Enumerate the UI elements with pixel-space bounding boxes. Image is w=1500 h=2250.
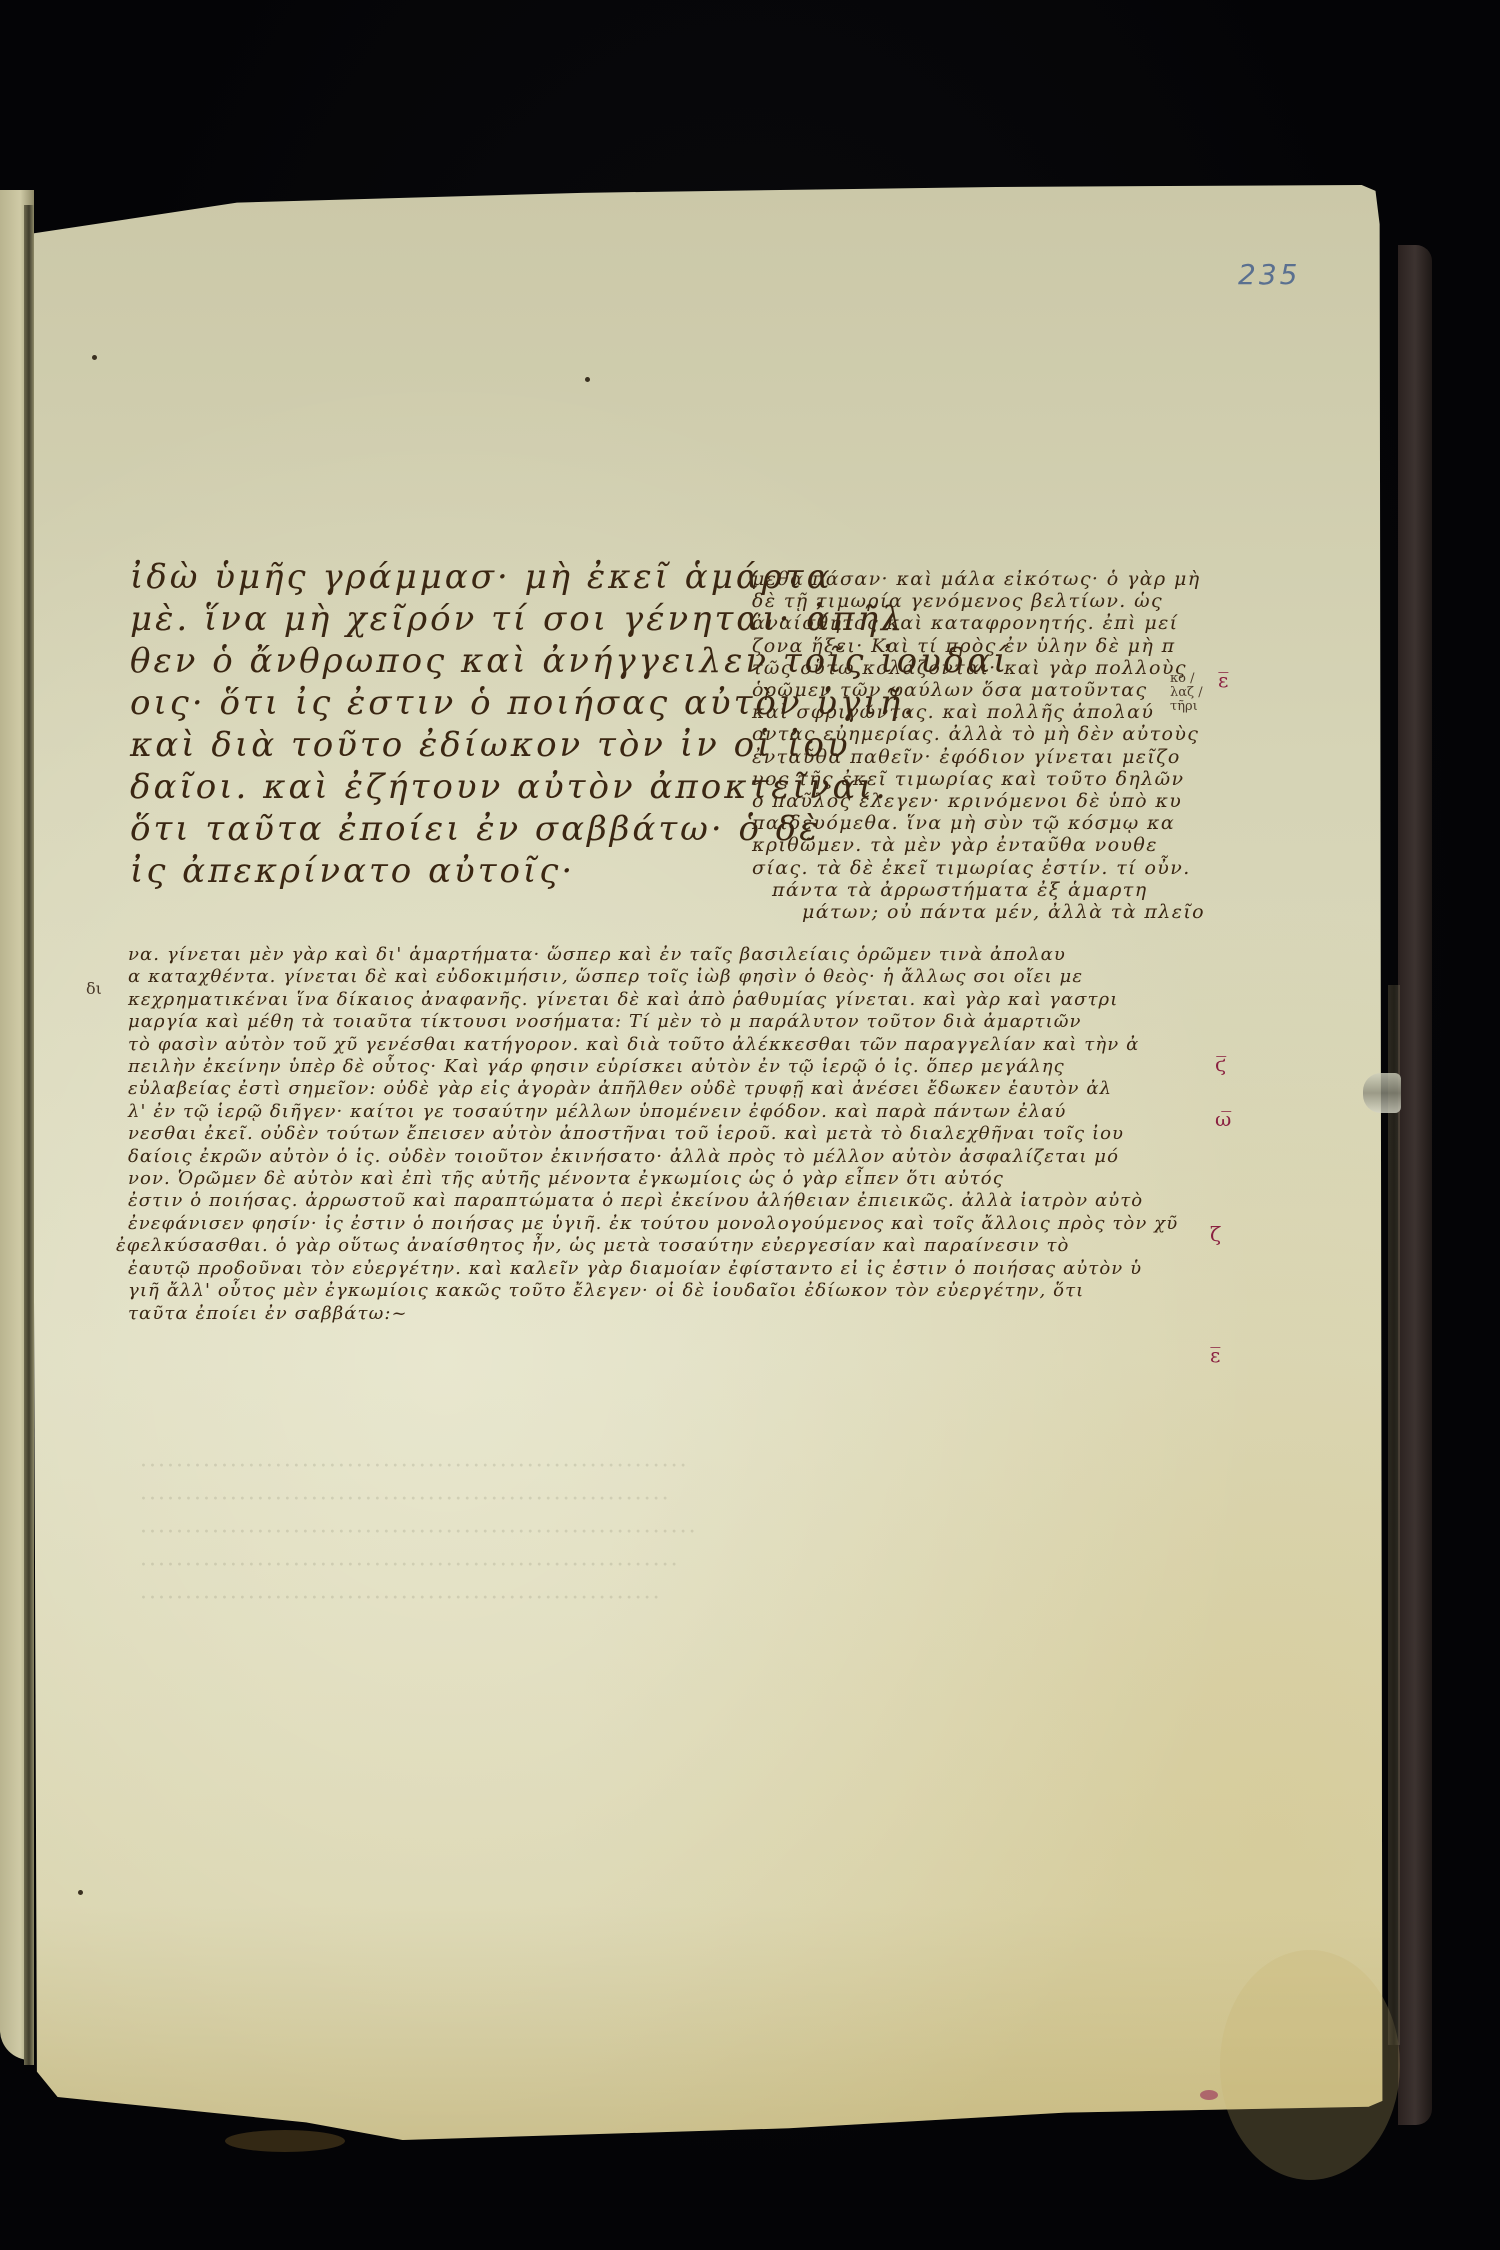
text-line: να. γίνεται μὲν γὰρ καὶ δι' ἁμαρτήματα· …	[128, 944, 1178, 966]
text-line: ἐνεφάνισεν φησίν· ἰς ἐστιν ὁ ποιήσας με …	[128, 1213, 1178, 1235]
text-line: δαίοις ἐκρῶν αὐτὸν ὁ ἰς. οὐδὲν τοιοῦτον …	[128, 1146, 1178, 1168]
text-line: ἑαυτῷ προδοῦναι τὸν εὐεργέτην. καὶ καλεῖ…	[128, 1258, 1178, 1280]
text-line: νος τῆς ἐκεῖ τιμωρίας καὶ τοῦτο δηλῶν	[752, 768, 1205, 790]
marginal-numeral: ε̅	[1218, 668, 1228, 692]
text-line: σίας. τὰ δὲ ἐκεῖ τιμωρίας ἐστίν. τί οὖν.	[752, 857, 1205, 879]
text-line: ἐστιν ὁ ποιήσας. ἀρρωστοῦ καὶ παραπτώματ…	[128, 1190, 1178, 1212]
text-line: μεθα πάσαν· καὶ μάλα εἰκότως· ὁ γὰρ μὴ	[752, 568, 1205, 590]
marginal-numeral: ω̅	[1215, 1107, 1231, 1131]
marginal-gloss: κο / λαζ / τῆρι	[1170, 672, 1210, 714]
text-block-upper-right: μεθα πάσαν· καὶ μάλα εἰκότως· ὁ γὰρ μὴ δ…	[752, 568, 1205, 923]
text-line: τὸ φασὶν αὐτὸν τοῦ χῦ γενέσθαι κατήγορον…	[128, 1034, 1178, 1056]
text-line: νον. Ὁρῶμεν δὲ αὐτὸν καὶ ἐπὶ τῆς αὐτῆς μ…	[128, 1168, 1178, 1190]
text-line: οντας εὐημερίας. ἀλλὰ τὸ μὴ δὲν αὐτοὺς	[752, 723, 1205, 745]
ink-speck	[78, 1890, 83, 1895]
text-line: νεσθαι ἐκεῖ. οὐδὲν τούτων ἔπεισεν αὐτὸν …	[128, 1123, 1178, 1145]
text-line: πάντα τὰ ἀρρωστήματα ἐξ ἁμαρτη	[752, 879, 1205, 901]
page-clip-rod	[1388, 985, 1400, 2045]
stain	[225, 2130, 345, 2152]
text-line: ἐνταῦθα παθεῖν· ἐφόδιον γίνεται μεῖζο	[752, 746, 1205, 768]
text-line: ὁρῶμεν τῶν φαύλων ὅσα ματοῦντας	[752, 679, 1205, 701]
marginal-note: δι	[86, 982, 102, 996]
ink-speck	[92, 355, 97, 360]
text-line: α καταχθέντα. γίνεται δὲ καὶ εὐδοκιμήσιν…	[128, 966, 1178, 988]
stain	[1220, 1950, 1400, 2180]
ink-speck	[585, 377, 590, 382]
text-line: ἀναίσθητος καὶ καταφρονητής. ἐπὶ μεί	[752, 612, 1205, 634]
text-line: ὁ παῦλος ἔλεγεν· κρινόμενοι δὲ ὑπὸ κυ	[752, 790, 1205, 812]
text-line: λ' ἐν τῷ ἱερῷ διῆγεν· καίτοι γε τοσαύτην…	[128, 1101, 1178, 1123]
gutter-fold	[24, 205, 34, 2065]
text-line: μαργία καὶ μέθη τὰ τοιαῦτα τίκτουσι νοσή…	[128, 1011, 1178, 1033]
text-line: εὐλαβείας ἐστὶ σημεῖον: οὐδὲ γὰρ εἰς ἀγο…	[128, 1078, 1178, 1100]
text-line: ταῦτα ἐποίει ἐν σαββάτω:~	[128, 1303, 1178, 1325]
text-line: παιδευόμεθα. ἵνα μὴ σὺν τῷ κόσμῳ κα	[752, 812, 1205, 834]
marginal-numeral: ζ̅	[1210, 1222, 1221, 1246]
text-line: καὶ σφριγῶντας. καὶ πολλῆς ἀπολαύ	[752, 701, 1205, 723]
text-line: κεχρηματικέναι ἵνα δίκαιος ἀναφανῆς. γίν…	[128, 989, 1178, 1011]
page-clip	[1363, 1073, 1401, 1113]
text-line: ζονα ἥξει· Καὶ τί πρὸς ἐν ὑλην δὲ μὴ π	[752, 635, 1205, 657]
marginal-numeral: ε̅	[1210, 1343, 1220, 1367]
show-through-text: ········································…	[140, 1450, 698, 1615]
folio-number: 235	[1238, 258, 1300, 291]
stain	[1200, 2090, 1218, 2100]
text-line: πειλὴν ἐκείνην ὑπὲρ δὲ οὗτος· Καὶ γάρ φη…	[128, 1056, 1178, 1078]
text-line: τῶς οὕτω κολάζονται· καὶ γὰρ πολλοὺς	[752, 657, 1205, 679]
text-block-full-width: να. γίνεται μὲν γὰρ καὶ δι' ἁμαρτήματα· …	[128, 944, 1178, 1325]
text-line: ἐφελκύσασθαι. ὁ γὰρ οὕτως ἀναίσθητος ἦν,…	[116, 1235, 1178, 1257]
text-line: δὲ τῇ τιμωρία γενόμενος βελτίων. ὡς	[752, 590, 1205, 612]
binding-board	[1398, 245, 1432, 2125]
marginal-numeral: ϛ̅	[1215, 1052, 1226, 1076]
text-line: μάτων; οὐ πάντα μέν, ἀλλὰ τὰ πλεῖο	[752, 901, 1205, 923]
text-line: κριθῶμεν. τὰ μὲν γὰρ ἐνταῦθα νουθε	[752, 834, 1205, 856]
text-line: γιῆ ἄλλ' οὗτος μὲν ἐγκωμίοις κακῶς τοῦτο…	[128, 1280, 1178, 1302]
